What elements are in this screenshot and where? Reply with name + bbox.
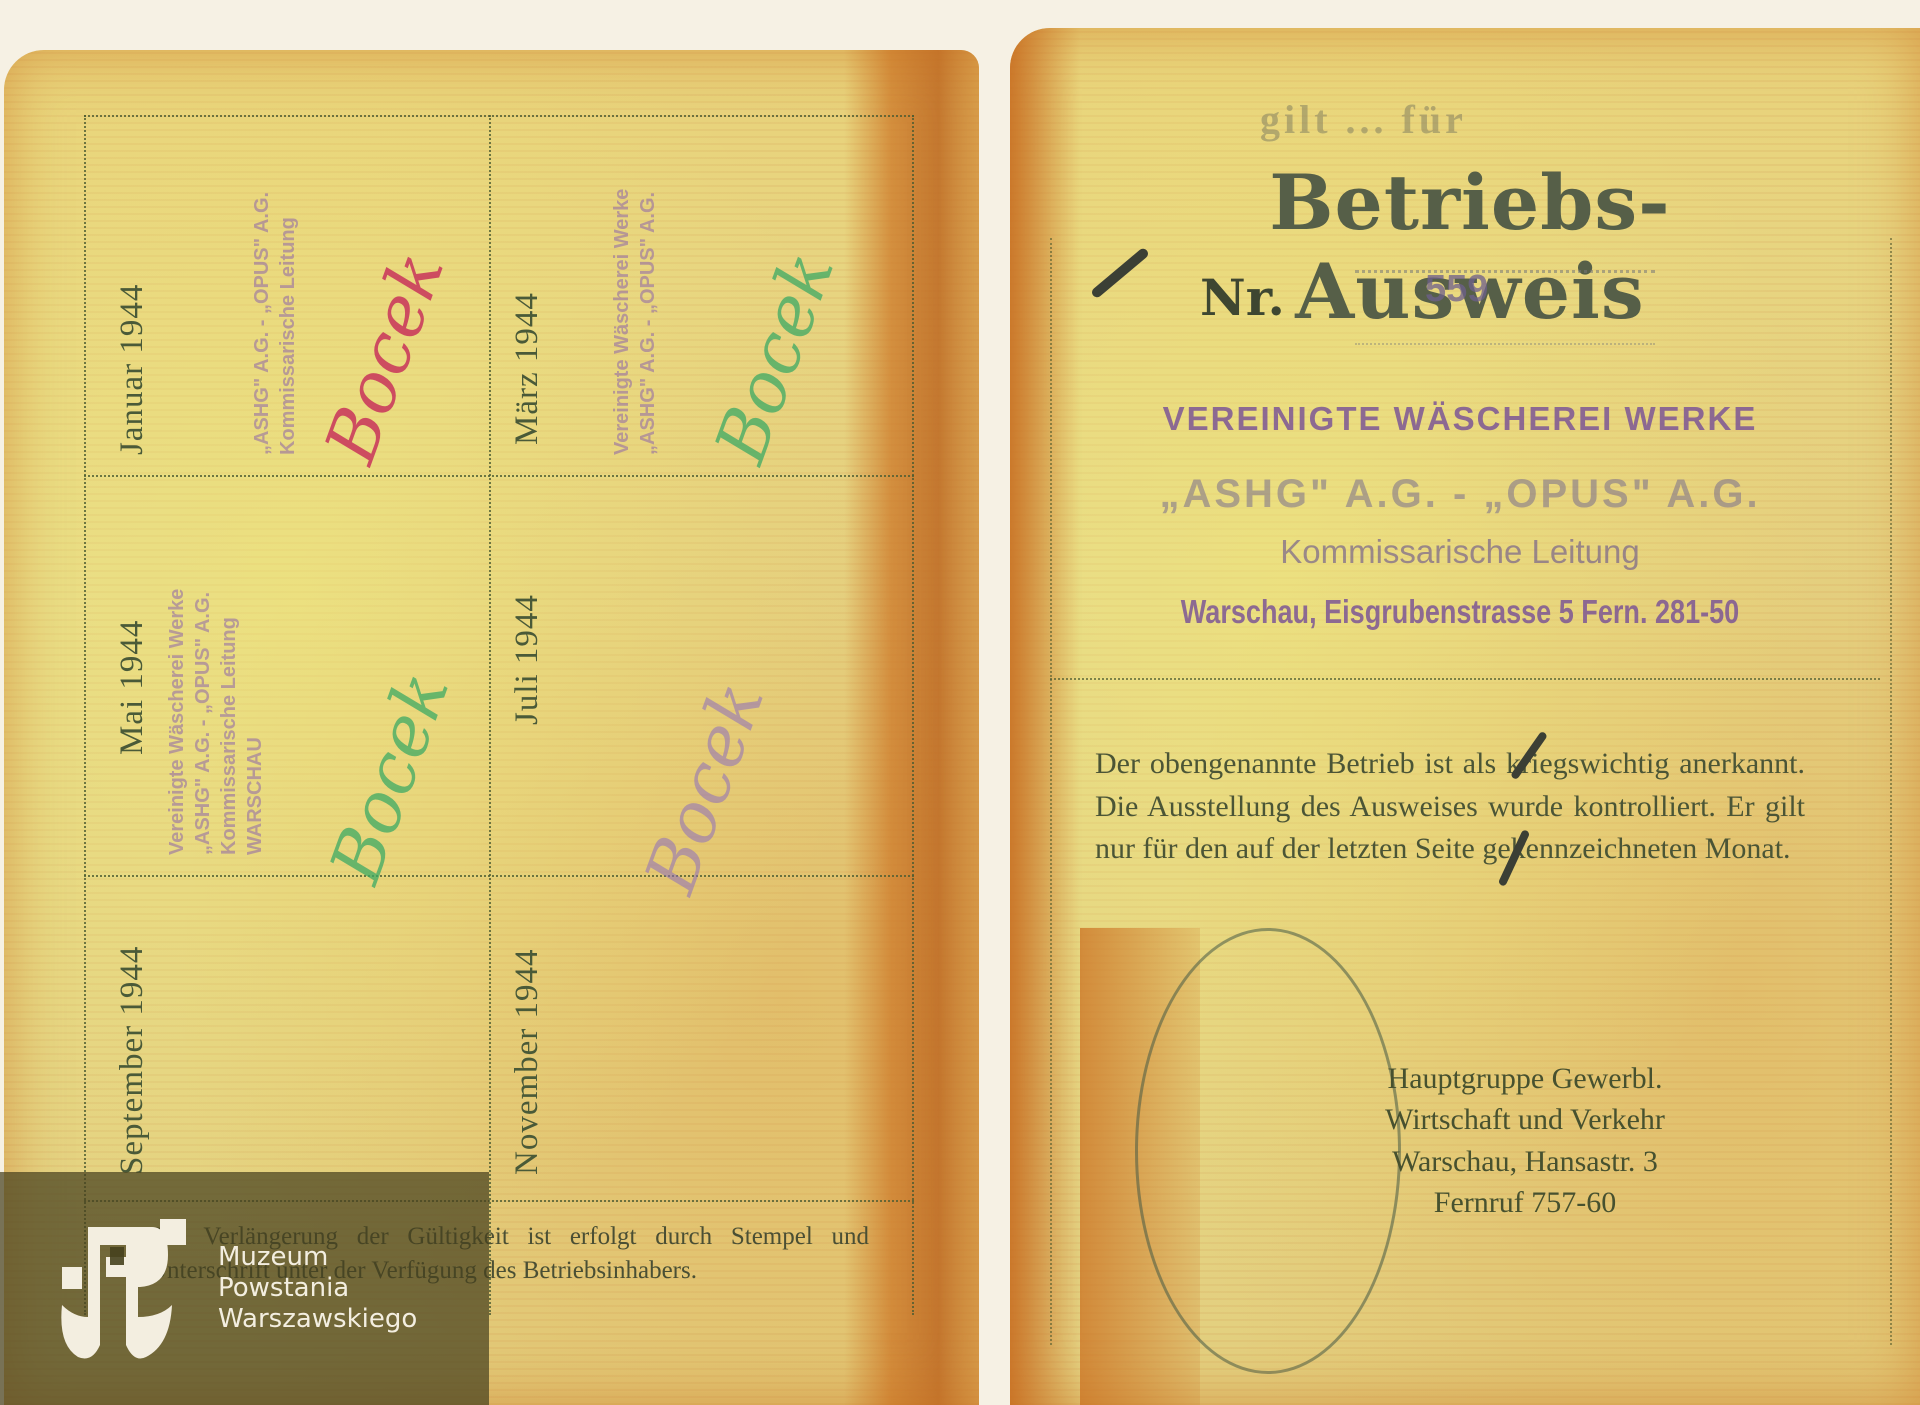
month-label: Januar 1944 bbox=[114, 284, 151, 455]
month-label: Mai 1944 bbox=[114, 620, 151, 755]
issuing-authority: Hauptgruppe Gewerbl. Wirtschaft und Verk… bbox=[1315, 1058, 1735, 1224]
month-label: September 1944 bbox=[114, 946, 151, 1175]
museum-name: Muzeum Powstania Warszawskiego bbox=[218, 1242, 417, 1336]
certification-text: Der obengenannte Betrieb ist als kriegsw… bbox=[1095, 743, 1805, 871]
validity-grid: Januar 1944 „ASHG" A.G. - „OPUS" A.G. Ko… bbox=[84, 115, 914, 1315]
month-label: Juli 1944 bbox=[509, 594, 546, 725]
border-line bbox=[1050, 238, 1052, 1345]
museum-watermark: Muzeum Powstania Warszawskiego bbox=[0, 1172, 489, 1405]
month-cell-juli: Juli 1944 Bocek bbox=[489, 475, 912, 875]
number-value: 559 bbox=[1425, 268, 1488, 311]
signature: Bocek bbox=[309, 241, 460, 473]
signature: Bocek bbox=[314, 661, 465, 893]
faint-header: gilt ... für bbox=[1260, 96, 1467, 143]
number-label: Nr. bbox=[1200, 268, 1285, 327]
company-stamp-line: Kommissarische Leitung bbox=[1070, 533, 1850, 571]
rust-stain bbox=[1010, 28, 1080, 1405]
company-stamp-line: VEREINIGTE WÄSCHEREI WERKE bbox=[1070, 400, 1850, 438]
grid-line bbox=[912, 115, 914, 1315]
month-cell-maerz: März 1944 Vereinigte Wäscherei Werke „AS… bbox=[489, 115, 912, 475]
company-stamp: „ASHG" A.G. - „OPUS" A.G. Kommissarische… bbox=[249, 192, 301, 455]
company-stamp-line: „ASHG" A.G. - „OPUS" A.G. bbox=[1070, 472, 1850, 517]
company-stamp-address: Warschau, Eisgrubenstrasse 5 Fern. 281-5… bbox=[1140, 593, 1780, 631]
company-stamp: Vereinigte Wäscherei Werke „ASHG" A.G. -… bbox=[164, 589, 268, 855]
month-cell-mai: Mai 1944 Vereinigte Wäscherei Werke „ASH… bbox=[84, 475, 489, 875]
signature: Bocek bbox=[629, 671, 780, 903]
signature: Bocek bbox=[699, 241, 850, 473]
month-cell-november: November 1944 bbox=[489, 875, 912, 1200]
month-label: März 1944 bbox=[509, 292, 546, 445]
section-divider bbox=[1050, 678, 1880, 680]
kotwica-anchor-icon bbox=[60, 1217, 190, 1367]
company-stamp: Vereinigte Wäscherei Werke „ASHG" A.G. -… bbox=[609, 189, 661, 455]
month-cell-januar: Januar 1944 „ASHG" A.G. - „OPUS" A.G. Ko… bbox=[84, 115, 489, 475]
number-field bbox=[1355, 270, 1655, 345]
right-page-id-card: gilt ... für Betriebs-Ausweis Nr. 559 VE… bbox=[1010, 28, 1920, 1405]
month-label: November 1944 bbox=[509, 948, 546, 1175]
border-line bbox=[1890, 238, 1892, 1345]
month-cell-september: September 1944 bbox=[84, 875, 489, 1200]
